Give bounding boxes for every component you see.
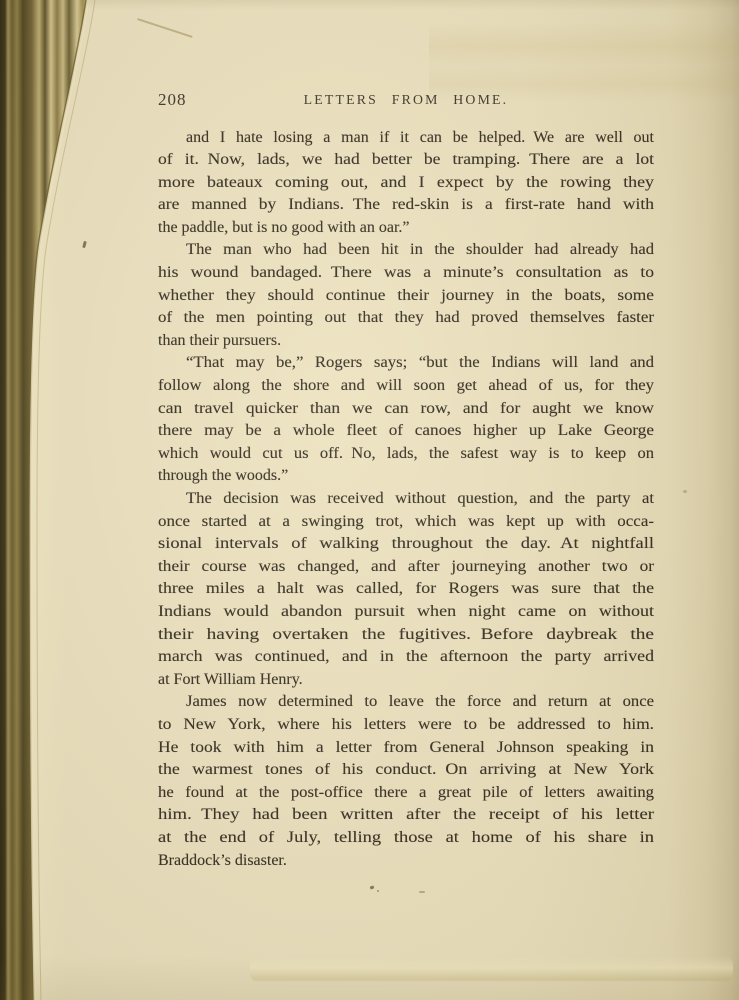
text-line: and I hate losing a man if it can be hel… bbox=[158, 127, 654, 150]
text-line: of it. Now, lads, we had better be tramp… bbox=[158, 149, 654, 172]
running-head: 208 LETTERS FROM HOME. bbox=[158, 90, 654, 112]
text-line-content: once started at a swinging trot, which w… bbox=[158, 511, 654, 534]
text-line: sional intervals of walking throughout t… bbox=[158, 533, 654, 556]
text-line: can travel quicker than we can row, and … bbox=[158, 398, 654, 421]
text-line-content: than their pursuers. bbox=[158, 330, 281, 353]
text-line-content: follow along the shore and will soon get… bbox=[158, 375, 654, 398]
text-line: at Fort William Henry. bbox=[158, 669, 654, 692]
text-line-content: James now determined to leave the force … bbox=[186, 691, 654, 714]
text-line-content: more bateaux coming out, and I expect by… bbox=[158, 172, 654, 195]
text-line: James now determined to leave the force … bbox=[158, 691, 654, 714]
text-line-content: can travel quicker than we can row, and … bbox=[158, 398, 654, 421]
text-line-content: there may be a whole fleet of canoes hig… bbox=[158, 420, 654, 443]
text-line-content: at the end of July, telling those at hom… bbox=[158, 827, 654, 850]
text-line-content: “That may be,” Rogers says; “but the Ind… bbox=[186, 352, 654, 375]
text-line-content: at Fort William Henry. bbox=[158, 669, 303, 692]
text-line: their course was changed, and after jour… bbox=[158, 556, 654, 579]
text-line: him. They had been written after the rec… bbox=[158, 804, 654, 827]
text-line: once started at a swinging trot, which w… bbox=[158, 511, 654, 534]
under-page-edge bbox=[250, 956, 733, 982]
text-block: and I hate losing a man if it can be hel… bbox=[158, 127, 654, 873]
text-line-content: The decision was received without questi… bbox=[186, 488, 654, 511]
text-line: he found at the post-office there a grea… bbox=[158, 782, 654, 805]
text-line-content: of the men pointing out that they had pr… bbox=[158, 307, 654, 330]
text-line: Indians would abandon pursuit when night… bbox=[158, 601, 654, 624]
paragraph: The man who had been hit in the shoulder… bbox=[158, 239, 654, 352]
text-line-content: Indians would abandon pursuit when night… bbox=[158, 601, 654, 624]
text-line-content: and I hate losing a man if it can be hel… bbox=[186, 127, 654, 150]
text-line: at the end of July, telling those at hom… bbox=[158, 827, 654, 850]
text-line: there may be a whole fleet of canoes hig… bbox=[158, 420, 654, 443]
text-line-content: their having overtaken the fugitives. Be… bbox=[158, 624, 654, 647]
book-scan-page: 208 LETTERS FROM HOME. and I hate losing… bbox=[0, 0, 739, 1000]
text-line: whether they should continue their journ… bbox=[158, 285, 654, 308]
paragraph: The decision was received without questi… bbox=[158, 488, 654, 691]
text-line: “That may be,” Rogers says; “but the Ind… bbox=[158, 352, 654, 375]
text-line: The decision was received without questi… bbox=[158, 488, 654, 511]
text-line: are manned by Indians. The red-skin is a… bbox=[158, 194, 654, 217]
text-line-content: their course was changed, and after jour… bbox=[158, 556, 654, 579]
text-line-content: Braddock’s disaster. bbox=[158, 850, 287, 873]
text-line: their having overtaken the fugitives. Be… bbox=[158, 624, 654, 647]
text-line-content: through the woods.” bbox=[158, 465, 288, 488]
text-line: his wound bandaged. There was a minute’s… bbox=[158, 262, 654, 285]
running-header-title: LETTERS FROM HOME. bbox=[158, 90, 654, 108]
text-line: march was continued, and in the afternoo… bbox=[158, 646, 654, 669]
page-right-shadow bbox=[669, 0, 739, 1000]
text-line: of the men pointing out that they had pr… bbox=[158, 307, 654, 330]
text-line: through the woods.” bbox=[158, 465, 654, 488]
text-line: follow along the shore and will soon get… bbox=[158, 375, 654, 398]
text-line-content: march was continued, and in the afternoo… bbox=[158, 646, 654, 669]
text-line: to New York, where his letters were to b… bbox=[158, 714, 654, 737]
text-line-content: are manned by Indians. The red-skin is a… bbox=[158, 194, 654, 217]
text-line-content: He took with him a letter from General J… bbox=[158, 737, 654, 760]
text-line-content: the warmest tones of his conduct. On arr… bbox=[158, 759, 654, 782]
paragraph: and I hate losing a man if it can be hel… bbox=[158, 127, 654, 240]
text-line-content: him. They had been written after the rec… bbox=[158, 804, 654, 827]
text-line: three miles a halt was called, for Roger… bbox=[158, 578, 654, 601]
text-line-content: The man who had been hit in the shoulder… bbox=[186, 239, 654, 262]
page-number: 208 bbox=[158, 90, 187, 110]
text-line-content: the paddle, but is no good with an oar.” bbox=[158, 217, 410, 240]
text-line-content: his wound bandaged. There was a minute’s… bbox=[158, 262, 654, 285]
text-line: the warmest tones of his conduct. On arr… bbox=[158, 759, 654, 782]
text-line: the paddle, but is no good with an oar.” bbox=[158, 217, 654, 240]
text-line-content: sional intervals of walking throughout t… bbox=[158, 533, 654, 556]
text-line-content: he found at the post-office there a grea… bbox=[158, 782, 654, 805]
page-top-shadow bbox=[80, 0, 739, 10]
text-line-content: to New York, where his letters were to b… bbox=[158, 714, 654, 737]
paragraph: “That may be,” Rogers says; “but the Ind… bbox=[158, 352, 654, 488]
text-line: He took with him a letter from General J… bbox=[158, 737, 654, 760]
text-line-content: three miles a halt was called, for Roger… bbox=[158, 578, 654, 601]
text-line: which would cut us off. No, lads, the sa… bbox=[158, 443, 654, 466]
text-line-content: which would cut us off. No, lads, the sa… bbox=[158, 443, 654, 466]
text-line: Braddock’s disaster. bbox=[158, 850, 654, 873]
text-line: more bateaux coming out, and I expect by… bbox=[158, 172, 654, 195]
text-line-content: whether they should continue their journ… bbox=[158, 285, 654, 308]
text-line: The man who had been hit in the shoulder… bbox=[158, 239, 654, 262]
paragraph: James now determined to leave the force … bbox=[158, 691, 654, 872]
text-line-content: of it. Now, lads, we had better be tramp… bbox=[158, 149, 654, 172]
text-line: than their pursuers. bbox=[158, 330, 654, 353]
